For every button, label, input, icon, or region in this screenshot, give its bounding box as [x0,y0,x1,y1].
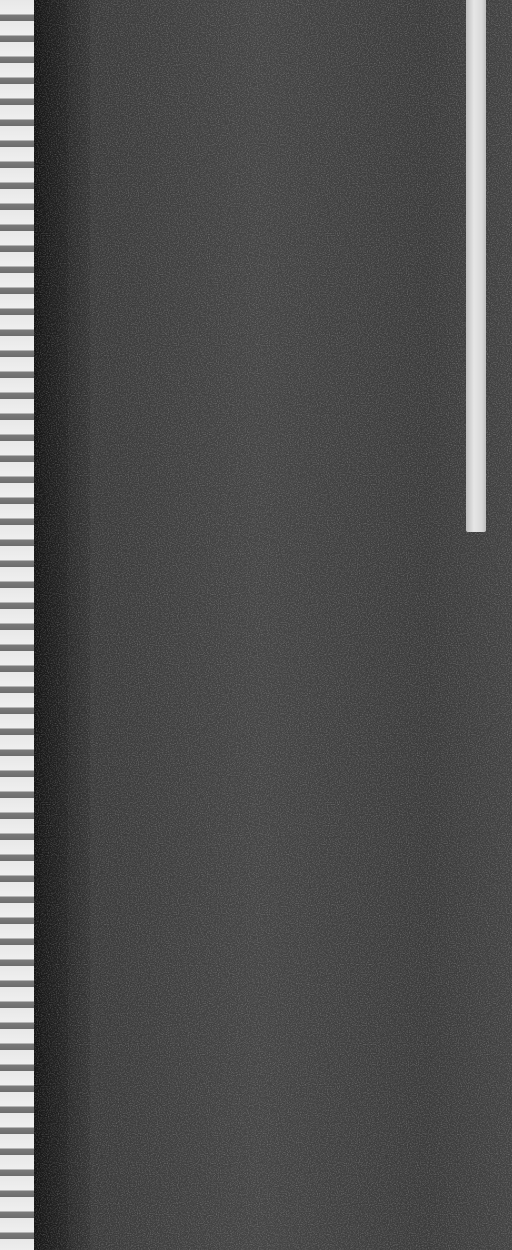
lane-marking [466,0,486,532]
striped-curb [0,0,34,1250]
road-aerial-scene: Aerial grayscale view of a road surface … [0,0,512,1250]
asphalt-texture [34,0,512,1250]
